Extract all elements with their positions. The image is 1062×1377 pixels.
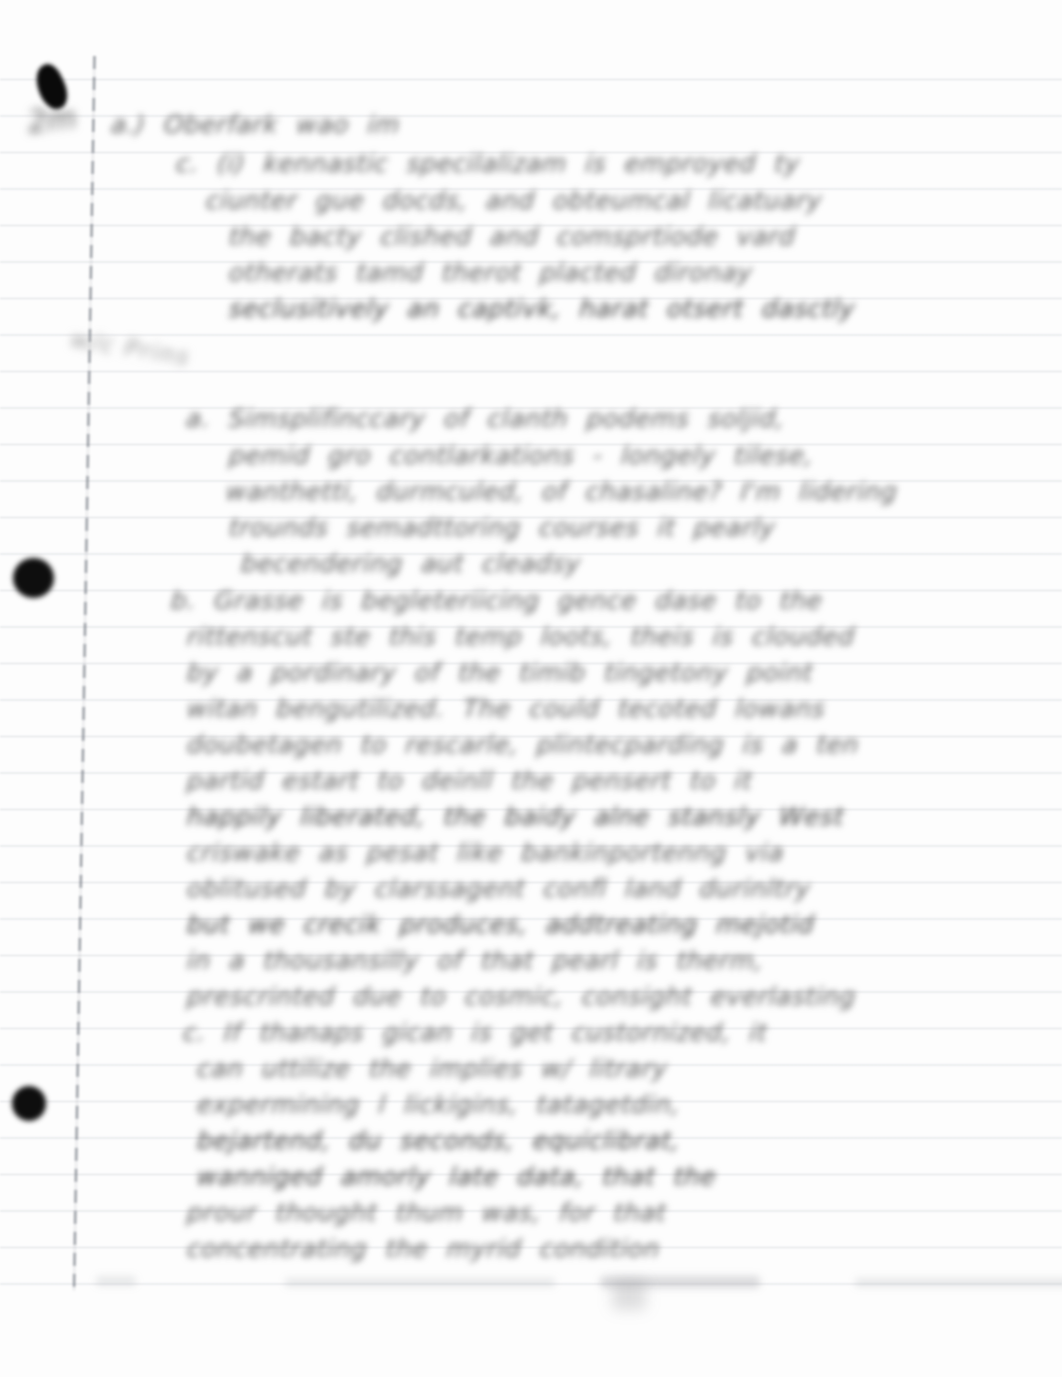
handwriting-line: wanthetti, durmculed, of chasaline? I'm … bbox=[225, 477, 898, 506]
handwriting-line: trounds semadttoring courses it pearly bbox=[228, 513, 776, 542]
handwriting-line: rittenscut ste this temp loots, theis is… bbox=[186, 622, 856, 651]
handwriting-line: wanniged amorly late data, that the bbox=[196, 1162, 717, 1191]
hole-punch-top bbox=[13, 558, 54, 598]
handwriting-line: c. (i) kennastic specilalizam is emproye… bbox=[175, 149, 801, 178]
handwriting-line: by a pordinary of the timib tingetony po… bbox=[186, 658, 814, 687]
handwriting-line: but we crecik produces, addtreating mejo… bbox=[186, 910, 815, 939]
handwriting-line: witan bengutilized. The could tecoted lo… bbox=[186, 694, 826, 723]
scan-smudge bbox=[285, 1278, 555, 1287]
scanned-notebook-page: 2m w/c Prins a.) Oberfark wao imc. (i) k… bbox=[0, 0, 1062, 1377]
handwriting-line: becendering aut cleadsy bbox=[240, 549, 582, 578]
handwriting-line: expermining l lickigins, tatagetdin, bbox=[196, 1090, 681, 1119]
handwriting-line: otherats tamd therot placted dironay bbox=[228, 258, 754, 287]
handwriting-line: partid estart to deinll the pensert to i… bbox=[186, 766, 753, 795]
handwriting-line: in a thousansilly of that pearl is therm… bbox=[186, 946, 764, 975]
handwriting-line: happily liberated, the baidy alne stansl… bbox=[186, 802, 845, 831]
handwriting-line: bejartend, du seconds, equiclibrat, bbox=[196, 1126, 681, 1155]
handwriting-line: seclusitively an captivk, harat otsert d… bbox=[228, 294, 856, 323]
handwriting-line: a.) Oberfark wao im bbox=[110, 110, 401, 139]
hole-punch-bottom bbox=[12, 1086, 46, 1121]
handwriting-line: doubetagen to rescarle, plintecparding i… bbox=[186, 730, 860, 759]
handwriting-line: b. Grasse is begleteriicing gence dase t… bbox=[170, 586, 823, 615]
handwriting-line: a. Simsplifinccary of clanth podems solj… bbox=[185, 404, 785, 433]
handwriting-line: concentrating the myrid condition bbox=[186, 1234, 661, 1263]
handwriting-line: the bacty clished and comsprtiode vard bbox=[228, 222, 796, 251]
handwriting-line: can uttilize the implies w/ litrary bbox=[196, 1054, 669, 1083]
scan-smudge bbox=[855, 1278, 1062, 1287]
handwriting-line: prescrinted due to cosmic, consight ever… bbox=[186, 982, 857, 1011]
handwriting-line: c. If thanaps gican is get custornized, … bbox=[182, 1018, 768, 1047]
handwriting-line: prour thought thum was, for that bbox=[186, 1198, 667, 1227]
handwriting-line: oblitused by clarssagent confl land duri… bbox=[186, 874, 812, 903]
handwriting-line: criswake as pesat like bankinportenng vi… bbox=[186, 838, 785, 867]
margin-scribble: 2m bbox=[26, 98, 99, 140]
scan-smudge bbox=[96, 1276, 136, 1286]
handwriting-line: ciunter gue docds, and obteumcal licatua… bbox=[205, 186, 823, 215]
handwriting-line: pemid gro contlarkations - longely tiles… bbox=[228, 441, 814, 470]
scan-smudge bbox=[612, 1280, 646, 1310]
